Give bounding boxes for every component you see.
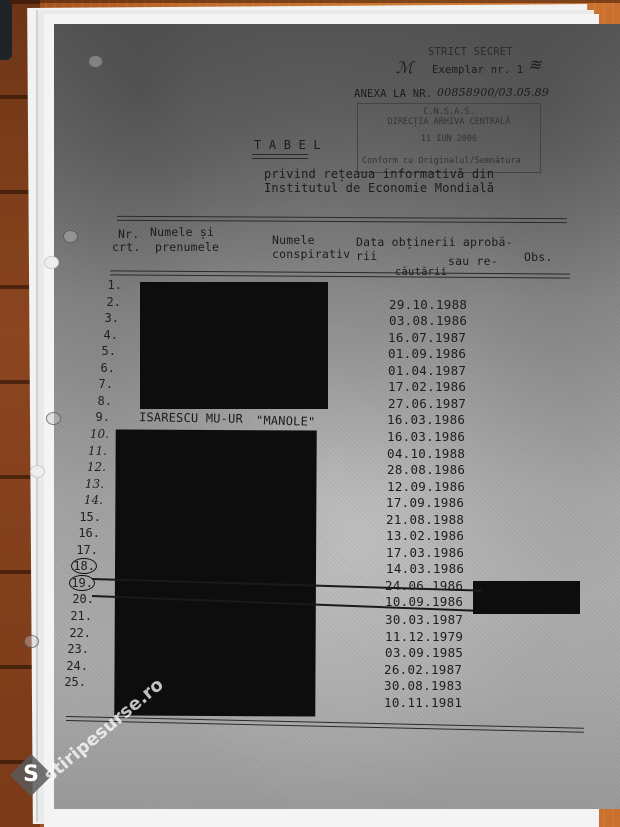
row-number: 14. (63, 493, 103, 507)
row-number: 6. (75, 361, 115, 375)
row-number: 4. (78, 328, 118, 342)
row-number: 3. (79, 311, 119, 325)
row-date: 17.02.1986 (388, 379, 466, 394)
row-date: 16.07.1987 (388, 330, 466, 345)
punch-hole (63, 230, 78, 243)
row-date: 10.11.1981 (384, 695, 462, 710)
header-consp: Numele (272, 233, 315, 247)
punch-hole (44, 256, 59, 269)
header-crt: crt. (112, 240, 141, 254)
row-number: 1. (82, 278, 122, 292)
stamp-line-2: DIRECȚIA ARHIVA CENTRALĂ (358, 117, 540, 127)
row-date: 29.10.1988 (389, 297, 467, 312)
row-number: 20. (54, 592, 94, 606)
annex-label: ANEXA LA NR. (354, 88, 432, 100)
row-9-alias: "MANOLE" (256, 413, 316, 429)
punch-hole (46, 412, 61, 425)
copy-number-label: Exemplar nr. 1 (432, 64, 523, 76)
row-number: 15. (61, 510, 101, 524)
signature-mark: ℳ (396, 58, 413, 77)
row-number: 16. (60, 526, 100, 540)
row-number: 9. (70, 410, 110, 424)
header-date-4: căutării (395, 266, 447, 278)
redaction-box-obs (473, 581, 580, 614)
watermark-logo-letter: S (16, 760, 46, 790)
header-date-2: rii (356, 249, 377, 263)
row-date: 26.02.1987 (384, 662, 462, 677)
header-date-3: sau re- (448, 254, 498, 268)
row-number: 10. (69, 427, 109, 441)
row-number: 7. (73, 377, 113, 391)
annex-number: 00858900/03.05.89 (437, 86, 549, 99)
stamp-line-3: 11 IUN 2006 (358, 134, 540, 144)
row-number: 18. (57, 559, 97, 573)
row-date: 24.06.1986 (385, 578, 463, 593)
row-date: 17.09.1986 (386, 495, 464, 510)
scribble-mark: ≋ (528, 55, 542, 74)
dark-object (0, 0, 12, 60)
row-number: 17. (58, 543, 98, 557)
row-date: 13.02.1986 (386, 528, 464, 543)
header-nr: Nr. (118, 227, 139, 241)
header-obs: Obs. (524, 250, 553, 264)
row-date: 21.08.1988 (386, 512, 464, 527)
row-date: 30.08.1983 (384, 678, 462, 693)
row-date: 17.03.1986 (386, 545, 464, 560)
row-date: 01.09.1986 (388, 346, 466, 361)
row-number: 8. (72, 394, 112, 408)
row-number: 12. (66, 460, 106, 474)
row-date: 11.12.1979 (385, 629, 463, 644)
row-number: 23. (49, 642, 89, 656)
redaction-box (140, 282, 328, 409)
row-date: 12.09.1986 (387, 479, 465, 494)
header-date: Data obținerii aprobă- (356, 235, 513, 249)
row-date: 03.09.1985 (385, 645, 463, 660)
punch-hole (88, 55, 103, 68)
circled-row-number: 18. (71, 558, 97, 574)
row-date: 14.03.1986 (386, 561, 464, 576)
row-date: 30.03.1987 (385, 612, 463, 627)
row-number: 2. (81, 295, 121, 309)
punch-hole (24, 635, 39, 648)
row-number: 24. (48, 659, 88, 673)
document-subtitle-2: Institutul de Economie Mondială (264, 181, 494, 195)
row-number: 19. (55, 576, 95, 590)
document-subtitle-1: privind rețeaua informativă din (264, 167, 494, 181)
row-number: 5. (76, 344, 116, 358)
row-date: 16.03.1986 (387, 412, 465, 427)
punch-hole (30, 465, 45, 478)
row-date: 01.04.1987 (388, 363, 466, 378)
row-date: 04.10.1988 (387, 446, 465, 461)
row-date: 16.03.1986 (387, 429, 465, 444)
row-number: 13. (64, 477, 104, 491)
document-title: T A B E L (254, 138, 321, 152)
classification-label: STRICT SECRET (428, 46, 513, 58)
row-date: 28.08.1986 (387, 462, 465, 477)
stamp-line-4: Conform cu Originalul/Semnătura (362, 156, 540, 166)
row-date: 27.06.1987 (388, 396, 466, 411)
title-underline (252, 154, 308, 159)
header-prenume: prenumele (155, 240, 219, 254)
row-number: 25. (46, 675, 86, 689)
archive-stamp: C.N.S.A.S. DIRECȚIA ARHIVA CENTRALĂ 11 I… (357, 103, 541, 173)
redaction-box (114, 429, 316, 716)
header-conspirativ: conspirativ (272, 247, 350, 261)
row-number: 22. (51, 626, 91, 640)
row-number: 11. (67, 444, 107, 458)
header-name: Numele și (150, 225, 214, 239)
row-9-name: ISARESCU MU-UR (139, 410, 243, 426)
stamp-line-1: C.N.S.A.S. (358, 107, 540, 117)
row-number: 21. (52, 609, 92, 623)
row-date: 03.08.1986 (389, 313, 467, 328)
